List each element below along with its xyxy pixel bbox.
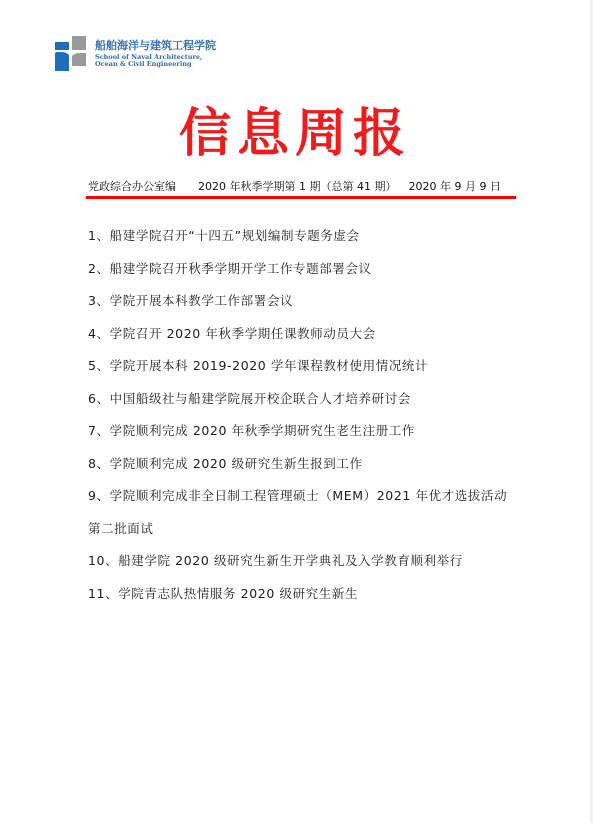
toc-item[interactable]: 1、船建学院召开“十四五”规划编制专题务虚会 [88, 226, 528, 259]
toc-item[interactable]: 4、学院召开 2020 年秋季学期任课教师动员大会 [88, 324, 528, 357]
school-name-en-line2: Ocean & Civil Engineering [95, 61, 216, 68]
school-logo: 船舶海洋与建筑工程学院 School of Naval Architecture… [55, 36, 216, 72]
toc-item-continuation[interactable]: 第二批面试 [88, 519, 528, 552]
school-emblem-icon [55, 36, 89, 72]
toc-item[interactable]: 11、学院青志队热情服务 2020 级研究生新生 [88, 584, 528, 617]
table-of-contents: 1、船建学院召开“十四五”规划编制专题务虚会 2、船建学院召开秋季学期开学工作专… [88, 226, 528, 616]
issue-info-line: 党政综合办公室编 2020 年秋季学期第 1 期（总第 41 期） 2020 年… [88, 178, 516, 194]
header-divider [86, 196, 516, 199]
school-name: 船舶海洋与建筑工程学院 School of Naval Architecture… [95, 40, 216, 67]
issue-date: 2020 年 9 月 9 日 [408, 178, 500, 194]
toc-item[interactable]: 7、学院顺利完成 2020 年秋季学期研究生老生注册工作 [88, 421, 528, 454]
toc-item[interactable]: 6、中国船级社与船建学院展开校企联合人才培养研讨会 [88, 389, 528, 422]
toc-item[interactable]: 8、学院顺利完成 2020 级研究生新生报到工作 [88, 454, 528, 487]
issue-number: 2020 年秋季学期第 1 期（总第 41 期） [198, 178, 396, 194]
toc-item[interactable]: 10、船建学院 2020 级研究生新生开学典礼及入学教育顺利举行 [88, 551, 528, 584]
school-name-cn: 船舶海洋与建筑工程学院 [95, 40, 216, 52]
newsletter-title: 信息周报 [150, 104, 440, 164]
toc-item[interactable]: 2、船建学院召开秋季学期开学工作专题部署会议 [88, 259, 528, 292]
toc-item[interactable]: 3、学院开展本科教学工作部署会议 [88, 291, 528, 324]
editor-label: 党政综合办公室编 [88, 178, 176, 194]
toc-item[interactable]: 5、学院开展本科 2019-2020 学年课程教材使用情况统计 [88, 356, 528, 389]
toc-item[interactable]: 9、学院顺利完成非全日制工程管理硕士（MEM）2021 年优才选拔活动 [88, 486, 528, 519]
